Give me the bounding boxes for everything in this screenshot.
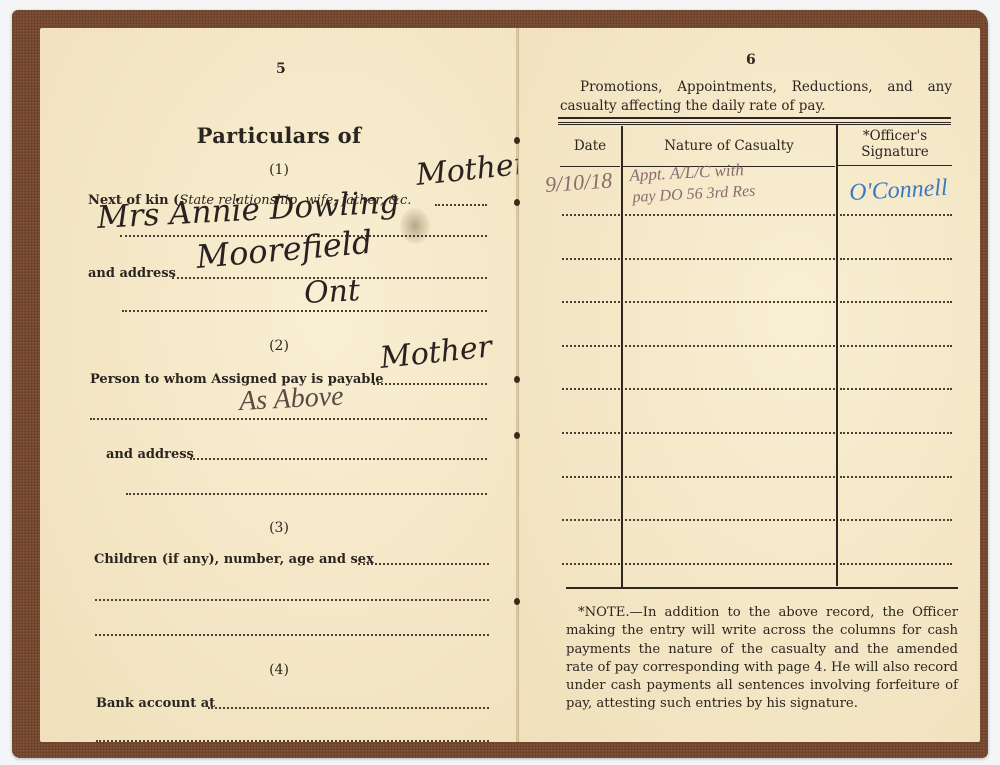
children-line[interactable] — [358, 563, 489, 565]
section-number: (4) — [40, 662, 518, 678]
page-title: Particulars of — [40, 123, 518, 148]
handwritten-relationship: Mother — [414, 146, 529, 193]
binding-stitch — [514, 137, 520, 144]
date-cell-line[interactable] — [562, 476, 620, 478]
table-top-rule — [558, 122, 951, 123]
children-line-2[interactable] — [95, 599, 489, 601]
children-line-3[interactable] — [95, 634, 489, 636]
nature-cell-line[interactable] — [625, 476, 835, 478]
next-of-kin-line[interactable] — [435, 204, 487, 206]
column-header-date: Date — [560, 138, 620, 154]
officer-note: *NOTE.—In addition to the above record, … — [566, 604, 958, 714]
address-line[interactable] — [190, 458, 487, 460]
signature-cell-line[interactable] — [840, 258, 952, 260]
signature-cell-line[interactable] — [840, 345, 952, 347]
nature-cell-line[interactable] — [625, 519, 835, 521]
date-cell-line[interactable] — [562, 345, 620, 347]
handwritten-payee: Mother — [378, 329, 493, 376]
nature-cell-line[interactable] — [625, 563, 835, 565]
assigned-pay-line-2[interactable] — [90, 418, 487, 420]
signature-cell-line[interactable] — [840, 432, 952, 434]
signature-cell-line[interactable] — [840, 301, 952, 303]
page-number: 5 — [276, 61, 286, 77]
table-bottom-rule — [566, 587, 958, 589]
column-divider — [836, 124, 838, 586]
nature-cell-line[interactable] — [625, 388, 835, 390]
date-cell-line[interactable] — [562, 301, 620, 303]
signature-cell-line[interactable] — [840, 476, 952, 478]
binding-stitch — [514, 598, 520, 605]
signature-cell-line[interactable] — [840, 214, 952, 216]
bank-account-line-2[interactable] — [96, 740, 489, 742]
assigned-pay-line[interactable] — [373, 383, 487, 385]
binding-stitch — [514, 376, 520, 383]
date-cell-line[interactable] — [562, 388, 620, 390]
handwritten-address-2: Ont — [303, 273, 361, 311]
table-top-rule — [558, 117, 951, 119]
date-cell-line[interactable] — [562, 214, 620, 216]
nature-cell-line[interactable] — [625, 345, 835, 347]
header-rule — [838, 165, 952, 166]
table-top-rule — [558, 124, 951, 125]
date-cell-line[interactable] — [562, 563, 620, 565]
nature-cell-line[interactable] — [625, 258, 835, 260]
nature-cell-line[interactable] — [625, 301, 835, 303]
page-number: 6 — [746, 52, 756, 68]
book-gutter — [516, 28, 519, 742]
section-number: (3) — [40, 520, 518, 536]
left-page: 5 Particulars of (1) Next of kin (State … — [40, 28, 518, 742]
date-cell-line[interactable] — [562, 432, 620, 434]
officer-signature: O'Connell — [849, 175, 949, 207]
address-label: and address — [106, 447, 194, 462]
children-label: Children (if any), number, age and sex — [94, 552, 374, 567]
record-intro: Promotions, Appointments, Reductions, an… — [560, 78, 952, 116]
bank-account-line[interactable] — [208, 707, 489, 709]
binding-stitch — [514, 199, 520, 206]
nature-cell-line[interactable] — [625, 214, 835, 216]
address-line-2[interactable] — [126, 493, 487, 495]
column-divider — [621, 126, 623, 588]
entry-date: 9/10/18 — [544, 167, 613, 198]
signature-cell-line[interactable] — [840, 563, 952, 565]
column-header-nature: Nature of Casualty — [623, 138, 835, 154]
nature-cell-line[interactable] — [625, 432, 835, 434]
signature-cell-line[interactable] — [840, 388, 952, 390]
date-cell-line[interactable] — [562, 519, 620, 521]
handwritten-address-1: Moorefield — [195, 223, 374, 276]
signature-cell-line[interactable] — [840, 519, 952, 521]
date-cell-line[interactable] — [562, 258, 620, 260]
address-label: and address — [88, 266, 176, 281]
column-header-signature: *Officer's Signature — [838, 128, 952, 160]
binding-stitch — [514, 432, 520, 439]
handwritten-as-above: As Above — [238, 381, 344, 418]
ink-stain — [400, 208, 430, 244]
bank-account-label: Bank account at — [96, 696, 215, 711]
